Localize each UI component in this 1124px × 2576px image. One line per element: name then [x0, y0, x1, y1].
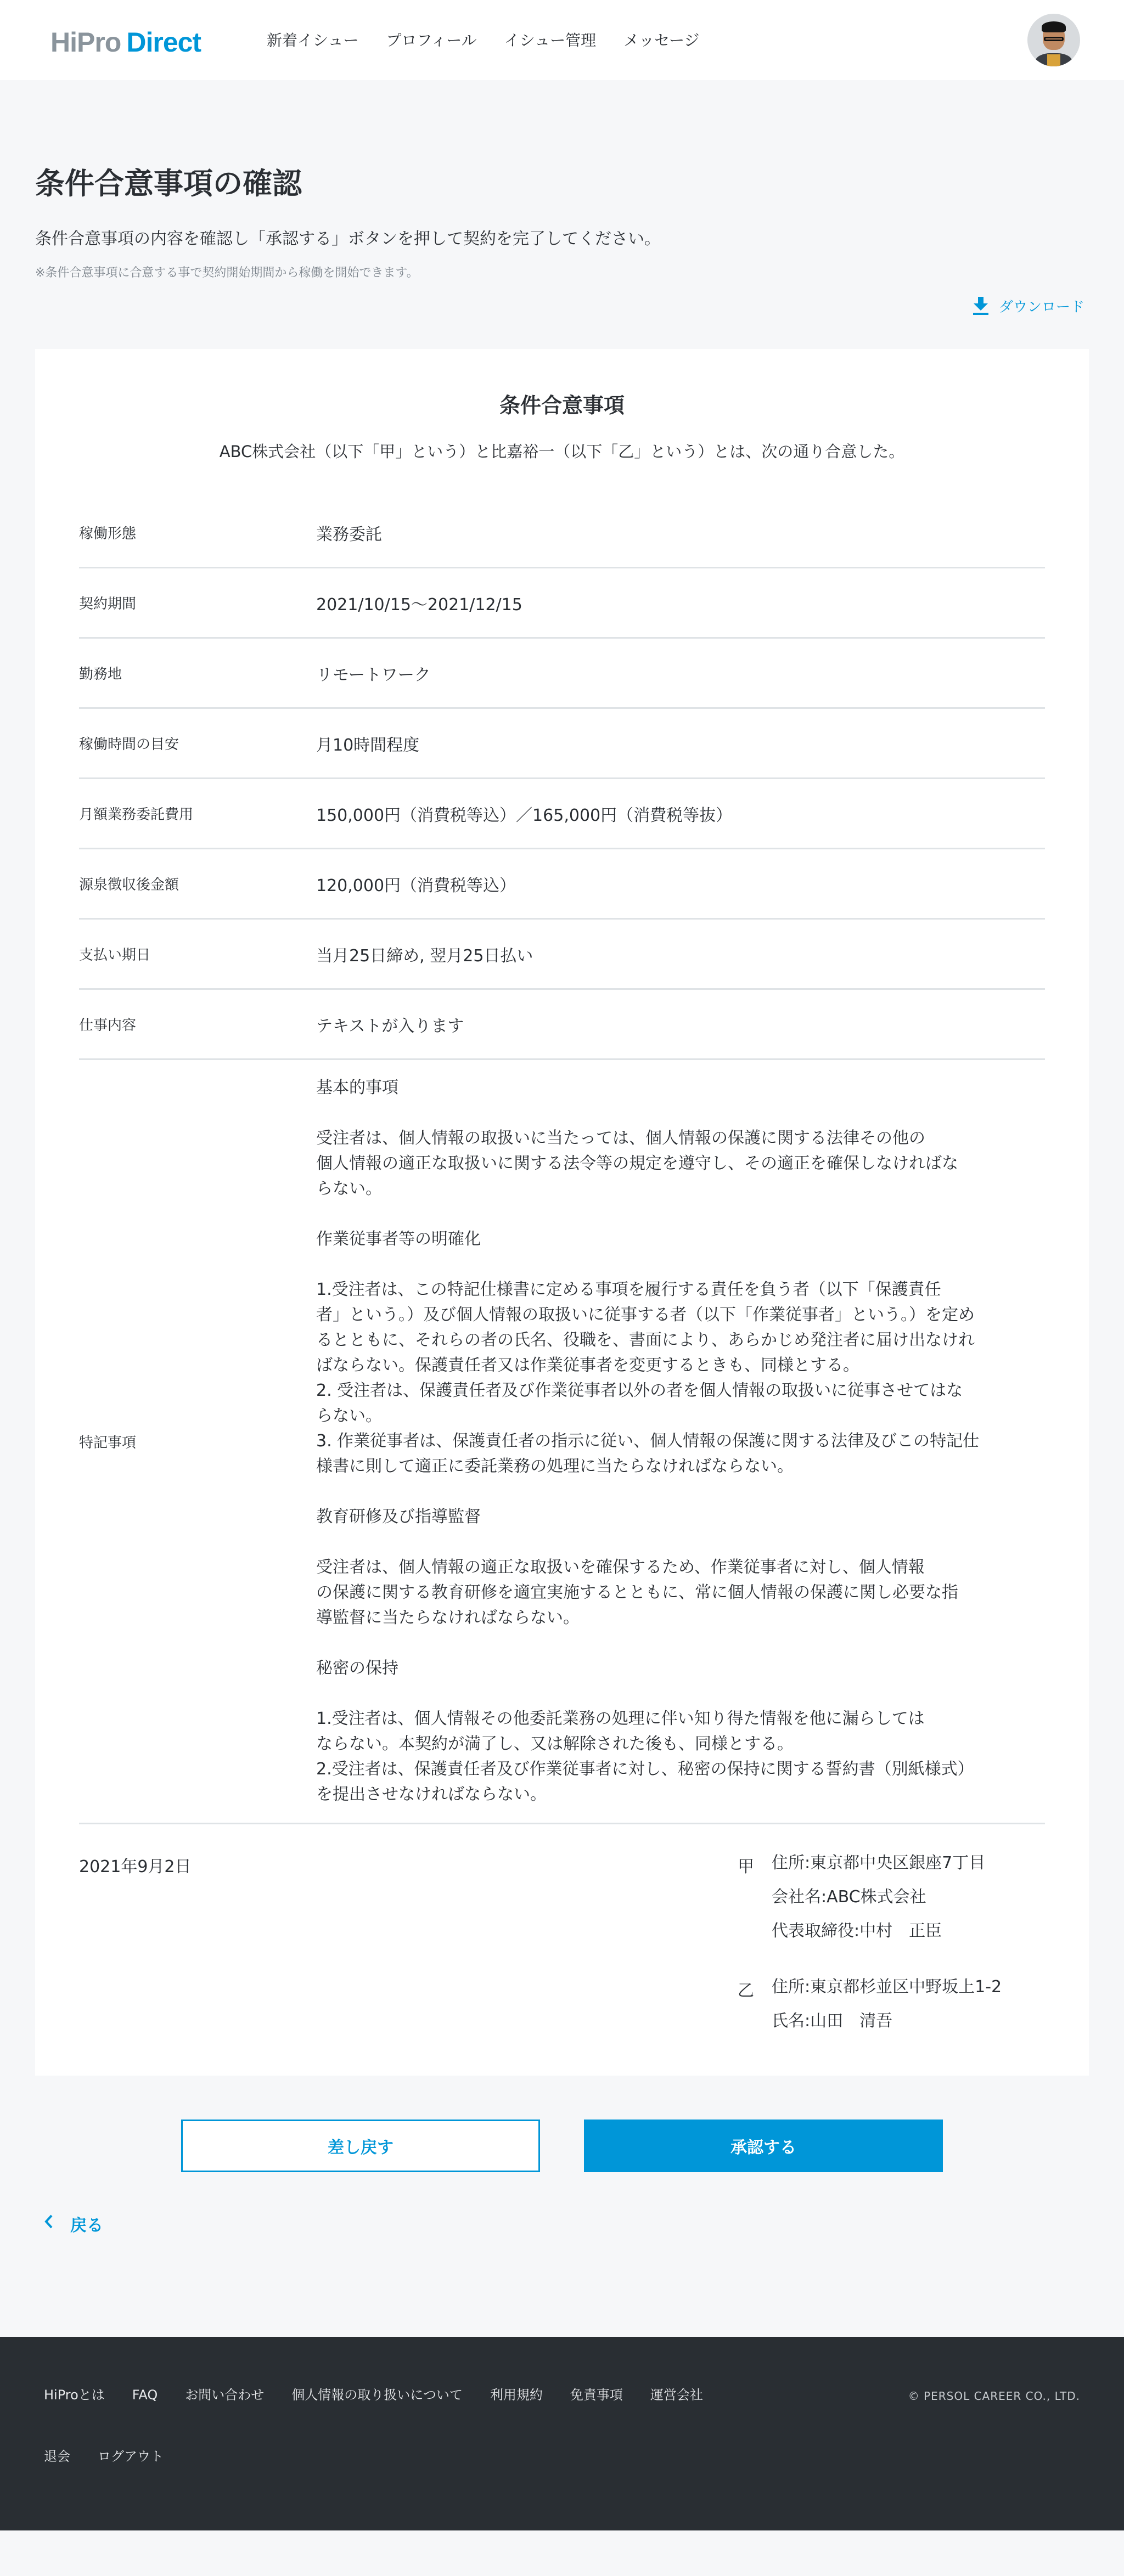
page-description: 条件合意事項の内容を確認し「承認する」ボタンを押して契約を完了してください。: [35, 225, 1089, 249]
term-label: 特記事項: [79, 1431, 316, 1452]
footer-link-logout[interactable]: ログアウト: [98, 2448, 164, 2465]
page-heading-section: 条件合意事項の確認 条件合意事項の内容を確認し「承認する」ボタンを押して契約を完…: [0, 80, 1124, 316]
term-value: 業務委託: [316, 521, 382, 545]
avatar-shirt-shape: [1047, 54, 1060, 66]
download-button[interactable]: ダウンロード: [35, 296, 1089, 316]
avatar[interactable]: [1027, 14, 1080, 66]
term-value: 2021/10/15～2021/12/15: [316, 591, 522, 615]
party-a-company: 会社名:ABC株式会社: [772, 1887, 985, 1908]
term-label: 月額業務委託費用: [79, 803, 316, 824]
footer-links: HiProとは FAQ お問い合わせ 個人情報の取り扱いについて 利用規約 免責…: [44, 2386, 812, 2465]
footer-link-company[interactable]: 運営会社: [650, 2386, 703, 2404]
approve-button[interactable]: 承認する: [584, 2120, 943, 2172]
term-label: 契約期間: [79, 593, 316, 613]
footer-link-withdraw[interactable]: 退会: [44, 2448, 70, 2465]
footer-link-disclaimer[interactable]: 免責事項: [570, 2386, 623, 2404]
nav-new-issues[interactable]: 新着イシュー: [267, 29, 358, 50]
terms-table: 稼働形態 業務委託 契約期間 2021/10/15～2021/12/15 勤務地…: [79, 498, 1045, 1824]
footer-link-faq[interactable]: FAQ: [132, 2386, 158, 2404]
footer-link-contact[interactable]: お問い合わせ: [185, 2386, 264, 2404]
nav-messages[interactable]: メッセージ: [623, 29, 699, 50]
term-label: 源泉徴収後金額: [79, 873, 316, 894]
back-label: 戻る: [70, 2212, 103, 2236]
nav-profile[interactable]: プロフィール: [386, 29, 476, 50]
party-b: 乙 住所:東京都杉並区中野坂上1-2 氏名:山田 清吾: [738, 1977, 1045, 2032]
agreement-date: 2021年9月2日: [79, 1853, 192, 2032]
party-a: 甲 住所:東京都中央区銀座7丁目 会社名:ABC株式会社 代表取締役:中村 正臣: [738, 1853, 1045, 1942]
signature-section: 2021年9月2日 甲 住所:東京都中央区銀座7丁目 会社名:ABC株式会社 代…: [79, 1824, 1045, 2032]
page-note: ※条件合意事項に合意する事で契約開始期間から稼働を開始できます。: [35, 263, 1089, 280]
site-header: HiPro Direct 新着イシュー プロフィール イシュー管理 メッセージ: [0, 0, 1124, 80]
hipro-direct-logo[interactable]: HiPro Direct: [50, 26, 201, 58]
term-label: 仕事内容: [79, 1014, 316, 1034]
party-b-name: 氏名:山田 清吾: [772, 2011, 1002, 2032]
download-icon: [973, 297, 989, 315]
term-value: 150,000円（消費税等込）／165,000円（消費税等抜）: [316, 802, 732, 826]
party-b-address: 住所:東京都杉並区中野坂上1-2: [772, 1977, 1002, 1998]
term-label: 支払い期日: [79, 944, 316, 964]
term-value: 月10時間程度: [316, 731, 419, 756]
term-row-job-description: 仕事内容 テキストが入ります: [79, 990, 1045, 1060]
term-label: 稼働形態: [79, 522, 316, 543]
term-value: テキストが入ります: [316, 1012, 464, 1036]
footer-link-terms[interactable]: 利用規約: [490, 2386, 543, 2404]
party-a-mark: 甲: [738, 1853, 772, 1942]
parties: 甲 住所:東京都中央区銀座7丁目 会社名:ABC株式会社 代表取締役:中村 正臣…: [738, 1853, 1045, 2032]
term-row-contract-period: 契約期間 2021/10/15～2021/12/15: [79, 568, 1045, 639]
term-row-work-location: 勤務地 リモートワーク: [79, 639, 1045, 709]
action-buttons: 差し戻す 承認する: [0, 2120, 1124, 2172]
term-value: リモートワーク: [316, 661, 431, 685]
party-b-mark: 乙: [738, 1977, 772, 2032]
return-button[interactable]: 差し戻す: [181, 2120, 540, 2172]
download-label: ダウンロード: [999, 296, 1084, 316]
special-notes-text: 基本的事項 受注者は、個人情報の取扱いに当たっては、個人情報の保護に関する法律そ…: [316, 1075, 979, 1807]
term-label: 勤務地: [79, 663, 316, 683]
term-row-working-hours: 稼働時間の目安 月10時間程度: [79, 709, 1045, 779]
footer-link-privacy[interactable]: 個人情報の取り扱いについて: [291, 2386, 463, 2404]
avatar-hair-shape: [1042, 21, 1066, 32]
site-footer: HiProとは FAQ お問い合わせ 個人情報の取り扱いについて 利用規約 免責…: [0, 2337, 1124, 2530]
agreement-intro: ABC株式会社（以下「甲」という）と比嘉裕一（以下「乙」という）とは、次の通り合…: [79, 439, 1045, 462]
page-title: 条件合意事項の確認: [35, 80, 1089, 203]
agreement-card: 条件合意事項 ABC株式会社（以下「甲」という）と比嘉裕一（以下「乙」という）と…: [35, 349, 1089, 2076]
footer-link-about[interactable]: HiProとは: [44, 2386, 105, 2404]
agreement-title: 条件合意事項: [79, 388, 1045, 419]
avatar-glasses-shape: [1044, 37, 1064, 41]
logo-direct: Direct: [126, 26, 201, 58]
term-value: 120,000円（消費税等込）: [316, 872, 516, 896]
nav-issue-management[interactable]: イシュー管理: [504, 29, 596, 50]
term-row-special-notes: 特記事項 基本的事項 受注者は、個人情報の取扱いに当たっては、個人情報の保護に関…: [79, 1060, 1045, 1824]
term-value: 当月25日締め, 翌月25日払い: [316, 942, 533, 966]
party-a-address: 住所:東京都中央区銀座7丁目: [772, 1853, 985, 1874]
term-row-work-style: 稼働形態 業務委託: [79, 498, 1045, 568]
back-link[interactable]: 戻る: [44, 2212, 1124, 2236]
copyright: © PERSOL CAREER CO., LTD.: [908, 2389, 1080, 2403]
chevron-left-icon: [44, 2214, 54, 2234]
main-content: 条件合意事項の確認 条件合意事項の内容を確認し「承認する」ボタンを押して契約を完…: [0, 80, 1124, 2236]
term-label: 稼働時間の目安: [79, 733, 316, 753]
term-row-monthly-fee: 月額業務委託費用 150,000円（消費税等込）／165,000円（消費税等抜）: [79, 779, 1045, 849]
main-nav: 新着イシュー プロフィール イシュー管理 メッセージ: [267, 29, 699, 50]
party-a-representative: 代表取締役:中村 正臣: [772, 1921, 985, 1942]
term-row-net-amount: 源泉徴収後金額 120,000円（消費税等込）: [79, 849, 1045, 920]
term-row-payment-date: 支払い期日 当月25日締め, 翌月25日払い: [79, 920, 1045, 990]
logo-hipro: HiPro: [50, 26, 121, 58]
